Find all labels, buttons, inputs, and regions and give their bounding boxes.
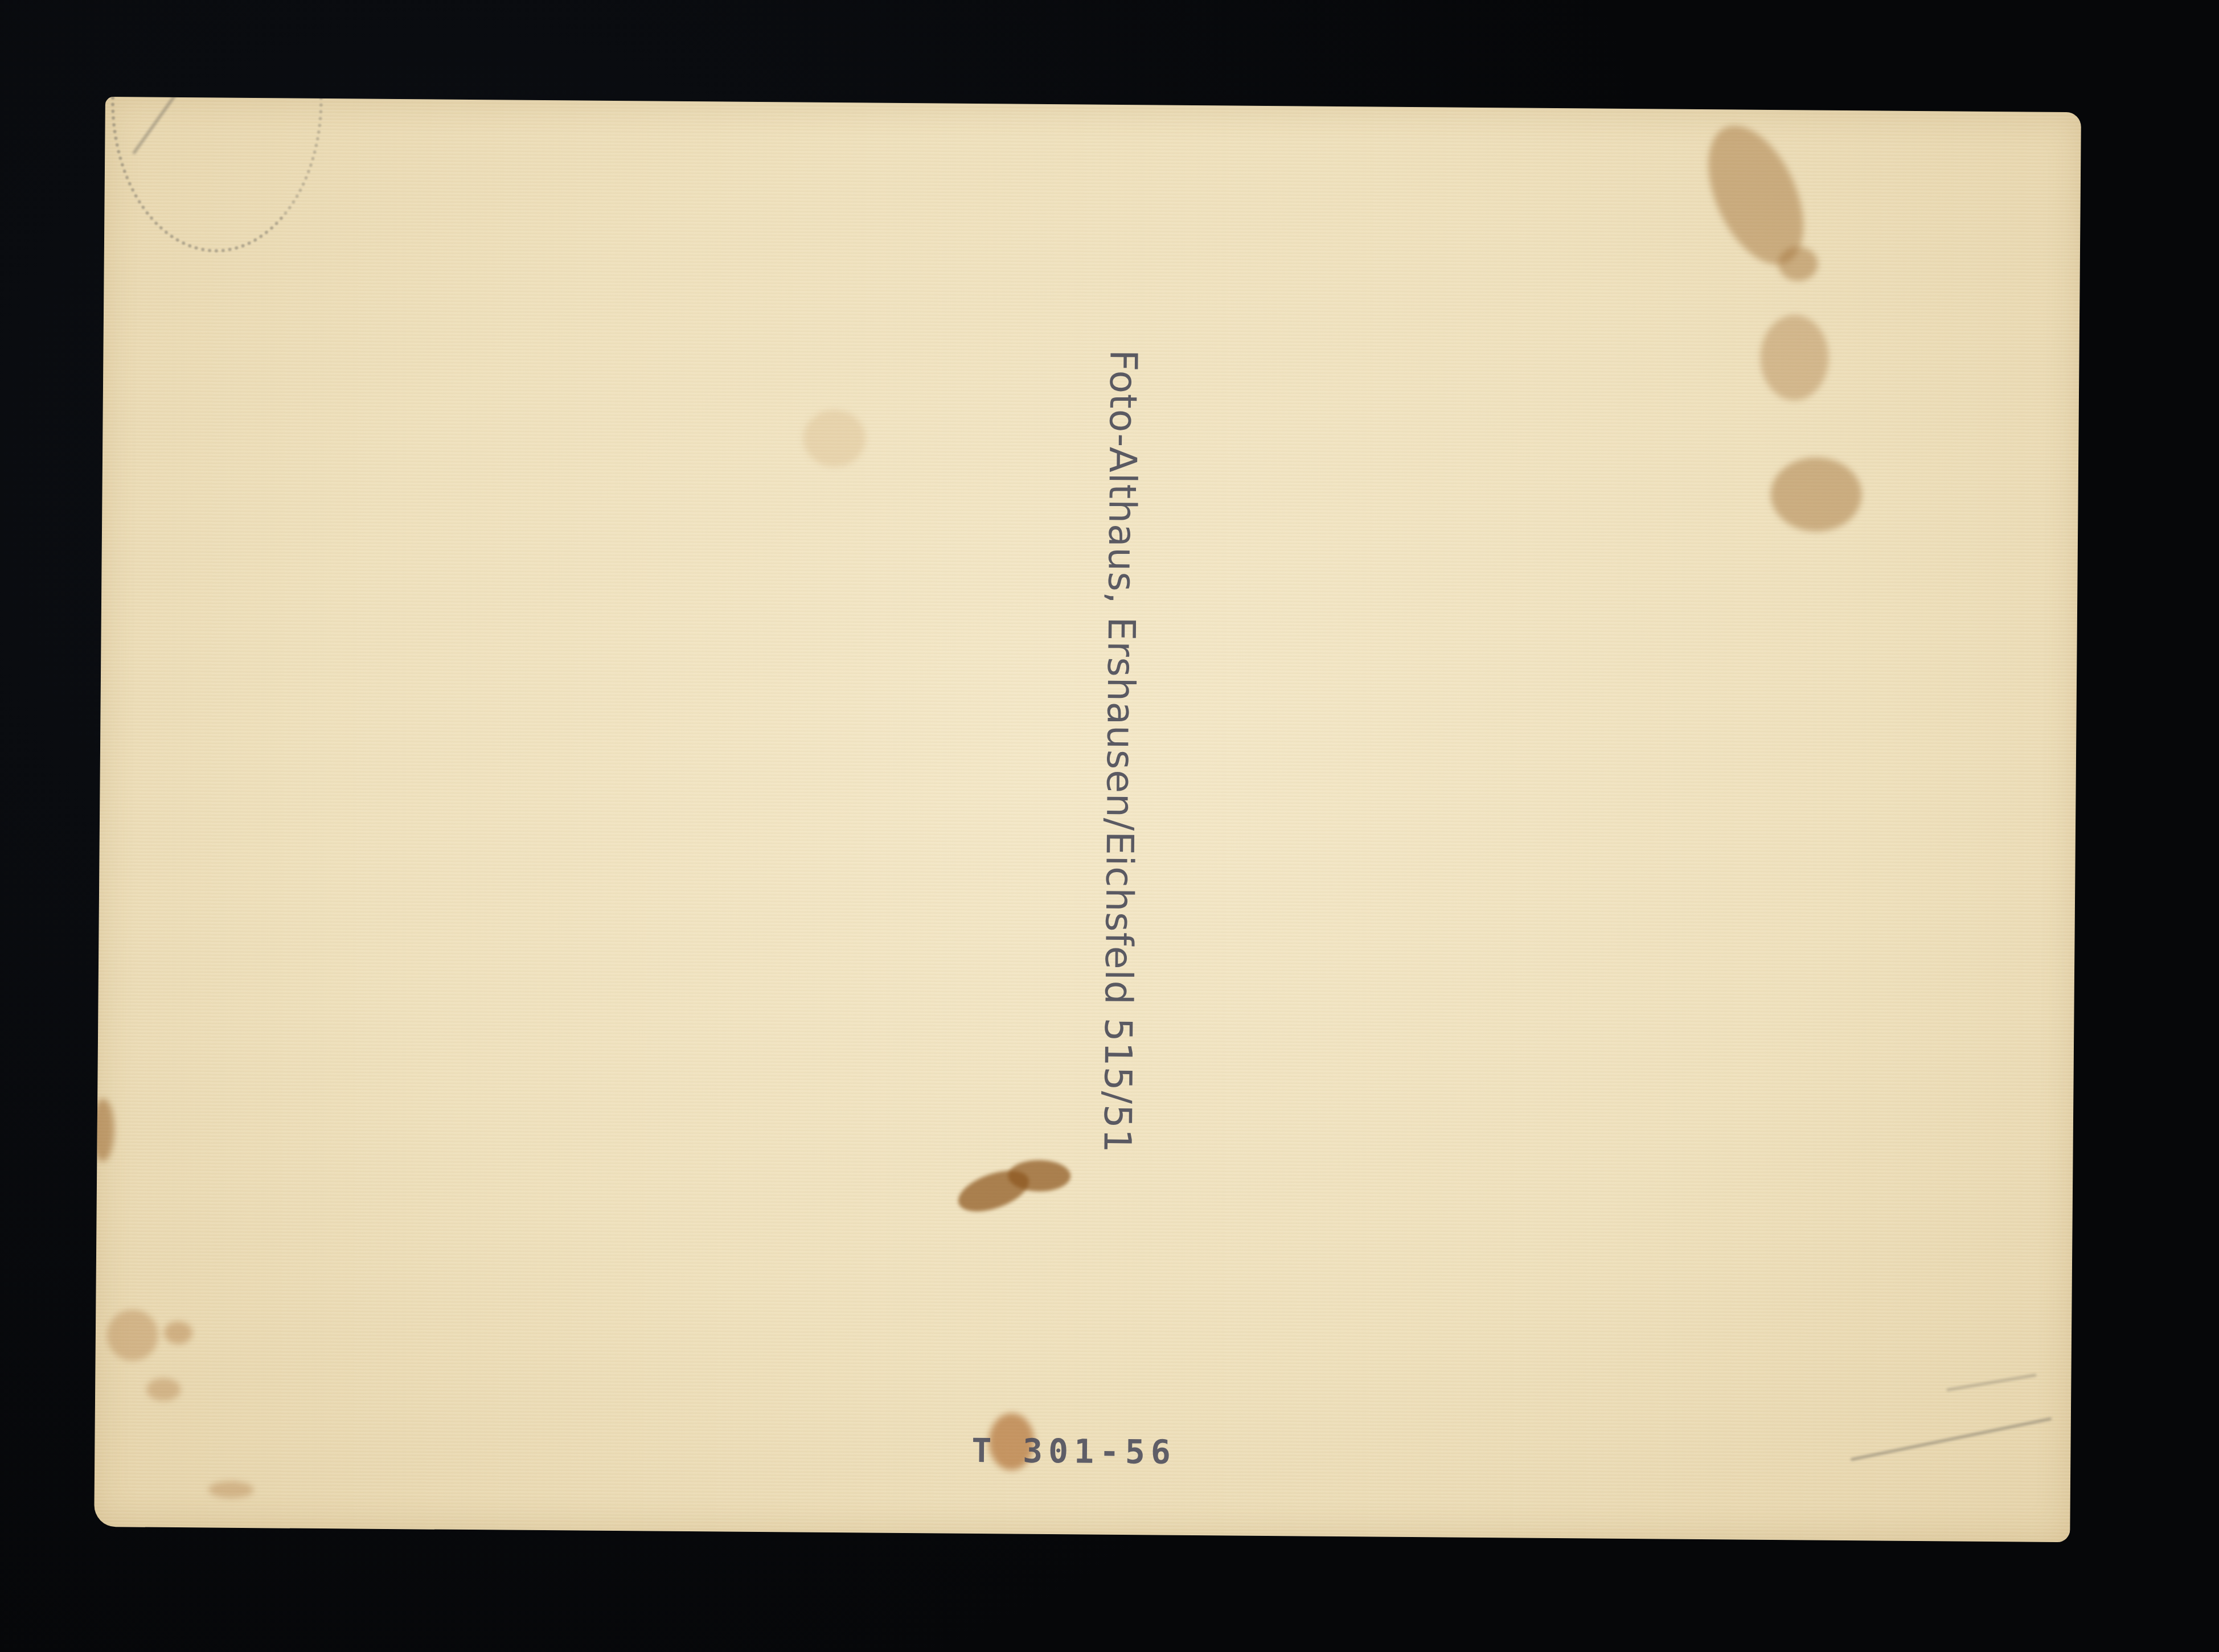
paper-texture [94, 97, 2081, 1542]
pencil-smudge-mark [1946, 1374, 2037, 1391]
stain [107, 1309, 159, 1361]
stain [1778, 246, 1818, 281]
stain [803, 410, 866, 467]
catalog-number: T 301-56 [971, 1431, 1176, 1472]
pencil-smudge-mark [1851, 1417, 2052, 1461]
stain [1008, 1160, 1070, 1192]
scan-background: Foto-Althaus, Ershausen/Eichsfeld 515/51… [0, 0, 2219, 1652]
stain [164, 1321, 192, 1344]
photographer-stamp: Foto-Althaus, Ershausen/Eichsfeld 515/51 [1095, 350, 1145, 1153]
pencil-arc-mark [110, 97, 324, 253]
stain [146, 1378, 181, 1401]
postcard-back: Foto-Althaus, Ershausen/Eichsfeld 515/51… [94, 97, 2081, 1542]
stain [94, 1099, 114, 1161]
stain [1760, 315, 1829, 401]
stain [208, 1481, 254, 1498]
stain [1770, 457, 1862, 532]
